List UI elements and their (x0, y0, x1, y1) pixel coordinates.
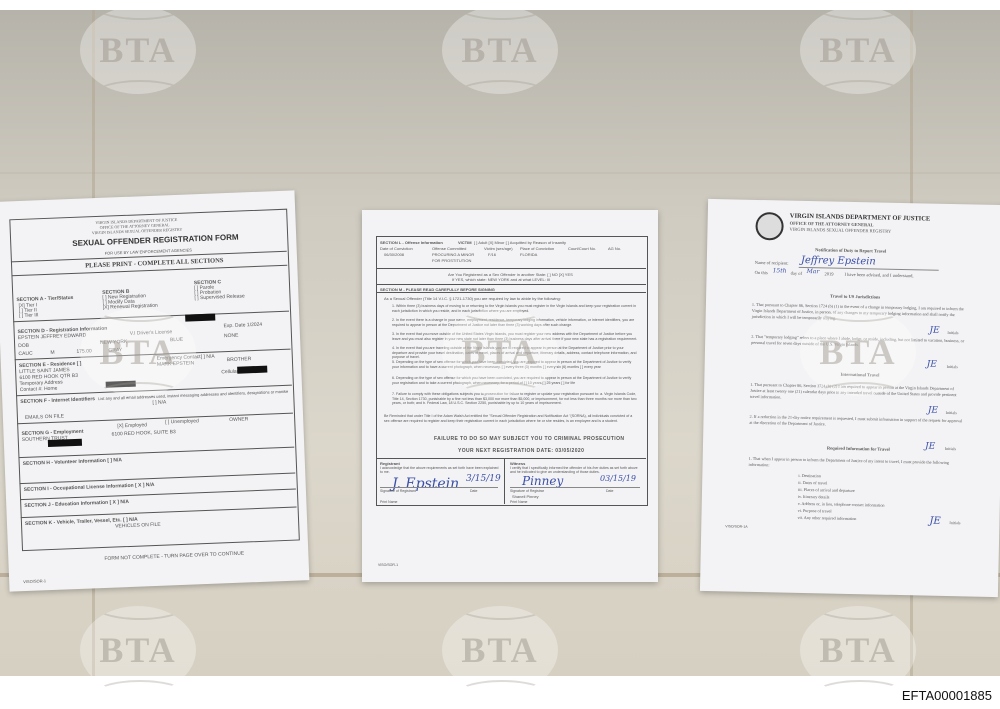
intl-travel-item: 2. If a reduction in the 21-day notice r… (749, 414, 963, 430)
initials-mark: JE (925, 442, 935, 452)
notice-title: Notification of Duty to Report Travel (815, 247, 886, 254)
option: [ ] Tier III (19, 312, 39, 319)
bta-watermark-icon: BTA (800, 606, 916, 694)
initials-label: Initials (947, 330, 958, 336)
redaction-box (48, 439, 82, 447)
employed-option: [X] Employed (117, 422, 147, 429)
witness-signature: Pinney (522, 474, 563, 488)
next-registration-date: YOUR NEXT REGISTRATION DATE: 03/05/2020 (458, 448, 584, 454)
witness-date: 03/15/19 (600, 474, 636, 483)
us-travel-heading: Travel to US Jurisdictions (830, 293, 880, 300)
unemployed-option: [ ] Unemployed (165, 418, 199, 425)
form-id: VISO/SOR-1 (378, 562, 398, 568)
bta-watermark-icon: BTA (442, 6, 558, 94)
required-item: vi. Purpose of travel (798, 508, 832, 515)
initials-mark: JE (928, 406, 938, 416)
bta-watermark-icon: BTA (800, 6, 916, 94)
signature-label: Signature of Registrant (380, 488, 416, 494)
date-label: Date (606, 488, 613, 494)
initials-label: Initials (945, 446, 956, 452)
col-header: AG No. (608, 246, 621, 252)
form-id: VISO/SOR-1A (725, 523, 747, 529)
reminder-text: Be Reminded that under Title I of the Ad… (384, 414, 638, 423)
print-name-label: Print Name (380, 499, 398, 505)
conviction-date: 06/30/2008 (384, 252, 404, 258)
section-f-na: [ ] N/A (152, 399, 166, 406)
form-id: VISO/SOR-1 (23, 578, 46, 585)
which-state: If YES, which state: NEW YORK and at wha… (452, 277, 550, 283)
bta-watermark-icon: BTA (80, 308, 196, 396)
scars: NONE (224, 333, 239, 340)
emergency-na: [ ] N/A (201, 354, 215, 361)
cellular-label: Cellular (221, 369, 238, 376)
bta-watermark-icon: BTA (80, 606, 196, 694)
date-label: Date (470, 488, 477, 494)
registrant-date: 3/15/19 (466, 474, 501, 484)
advised-text: I have been advised, and I understand, (845, 272, 914, 279)
month-value: Mar (807, 268, 820, 275)
recipient-label: Name of recipient: (755, 260, 789, 267)
initials-label: Initials (946, 410, 957, 416)
race: CAUC (18, 351, 32, 358)
emergency-relationship: BROTHER (227, 356, 252, 363)
registration-form-page-2: SECTION L - Offense Information VICTIM [… (362, 210, 658, 582)
col-header: Court/Court No. (568, 246, 596, 252)
print-name-label: Print Name (510, 499, 528, 505)
initials-mark: JE (929, 326, 939, 336)
witness-cert: I certify that I specifically informed t… (510, 466, 640, 474)
initials-mark: JE (929, 516, 941, 527)
doj-seal-icon (755, 212, 784, 241)
redaction-box (185, 314, 215, 322)
required-item: iv. Itinerary details (798, 494, 830, 501)
day-value: 15th (773, 267, 787, 274)
bta-watermark-icon: BTA (442, 606, 558, 694)
victim-sex-age: F/16 (488, 252, 496, 258)
bta-watermark-icon: BTA (800, 308, 916, 396)
recipient-name: Jeffrey Epstein (801, 255, 876, 268)
bta-watermark-icon: BTA (442, 308, 558, 396)
offense: PROCURING A MINOR FOR PROSTITUTION (432, 252, 480, 264)
travel-notification-page: VIRGIN ISLANDS DEPARTMENT OF JUSTICE OFF… (700, 199, 1000, 597)
occupation: OWNER (229, 416, 248, 423)
required-item: ii. Dates of travel (798, 480, 827, 487)
bta-watermark-icon: BTA (80, 6, 196, 94)
place-of-conviction: FLORIDA (520, 252, 537, 258)
redaction-box (237, 366, 267, 374)
required-item: vii. Any other required information (797, 515, 856, 522)
day-of-text: day of (791, 271, 802, 277)
tile-seam (0, 172, 1000, 174)
agency-registry: VIRGIN ISLANDS SEXUAL OFFENDER REGISTRY (789, 227, 891, 235)
document-id-caption: EFTA00001885 (902, 688, 992, 703)
initials-label: Initials (947, 364, 958, 370)
prosecution-warning: FAILURE TO DO SO MAY SUBJECT YOU TO CRIM… (434, 436, 624, 442)
on-this-text: On this (755, 270, 768, 276)
sex: M (50, 350, 54, 356)
initials-mark: JE (927, 360, 937, 370)
initials-label: Initials (949, 520, 960, 526)
required-info-heading: Required Information for Travel (827, 445, 890, 452)
required-item: iii. Places of arrival and departure (798, 487, 855, 494)
year-value: 2019 (825, 271, 834, 277)
form-footer: FORM NOT COMPLETE - TURN PAGE OVER TO CO… (104, 551, 244, 562)
required-info-intro: 1. That when I appear in person to infor… (749, 456, 963, 472)
section-m-intro: As a Sexual Offender (Title 14 V.I.C. § … (384, 296, 561, 302)
registrant-ack: I acknowledge that the above requirement… (380, 466, 500, 474)
dob-label: DOB (18, 343, 29, 349)
required-item: i. Destination (798, 473, 821, 479)
